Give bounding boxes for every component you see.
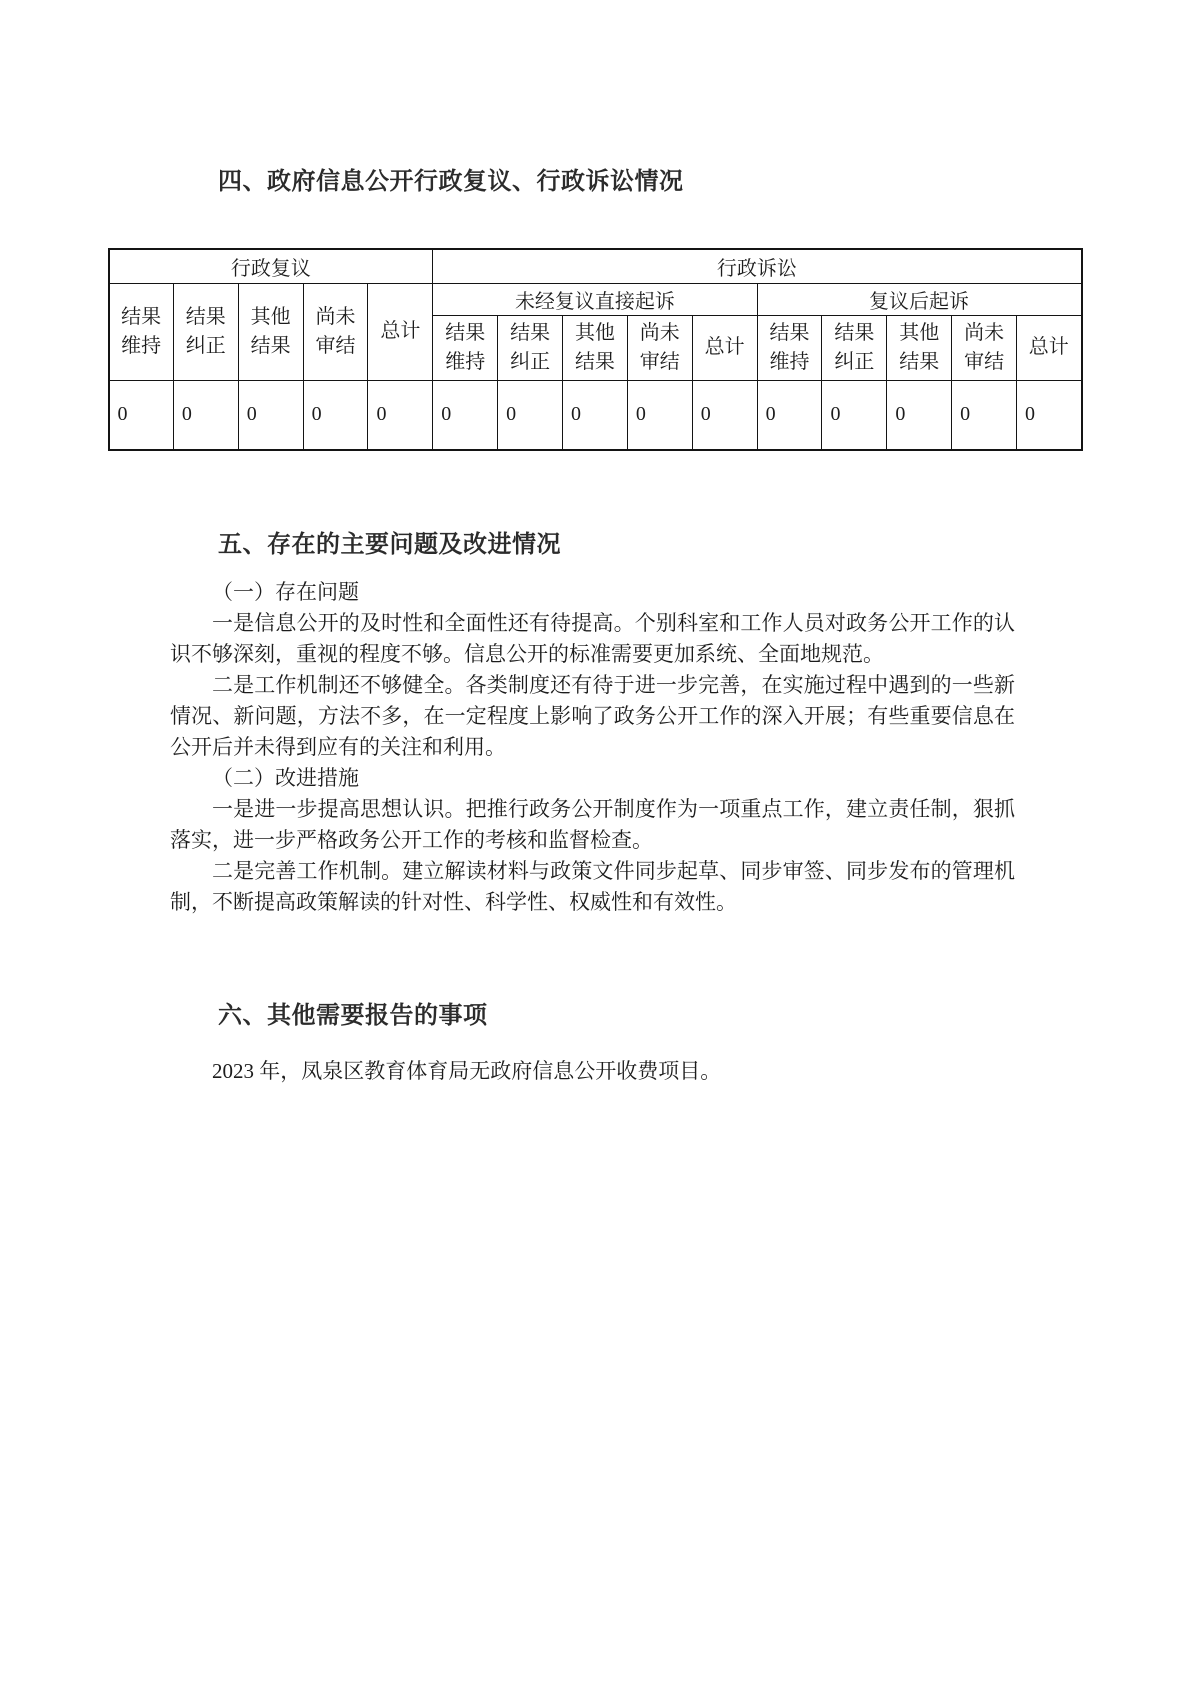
after-col-header: 结果 纠正 (822, 315, 887, 380)
after-col-header: 尚未 审结 (952, 315, 1017, 380)
direct-col-header: 总计 (692, 315, 757, 380)
after-col-header: 总计 (1017, 315, 1082, 380)
after-value-cell: 0 (757, 380, 822, 450)
direct-col-header: 尚未 审结 (627, 315, 692, 380)
report-page: 四、政府信息公开行政复议、行政诉讼情况 行政复议 行政诉讼 结果 维持 结果 纠… (0, 166, 1190, 1087)
improvement-paragraph-1: 一是进一步提高思想认识。把推行政务公开制度作为一项重点工作，建立责任制，狠抓落实… (170, 794, 1015, 856)
review-col-header: 尚未 审结 (303, 283, 368, 380)
section-5-heading: 五、存在的主要问题及改进情况 (170, 529, 1015, 561)
direct-value-cell: 0 (627, 380, 692, 450)
after-value-cell: 0 (1017, 380, 1082, 450)
direct-col-header: 结果 纠正 (498, 315, 563, 380)
section-5-body: （一）存在问题 一是信息公开的及时性和全面性还有待提高。个别科室和工作人员对政务… (170, 577, 1015, 918)
review-value-cell: 0 (368, 380, 433, 450)
improvement-paragraph-2: 二是完善工作机制。建立解读材料与政策文件同步起草、同步审签、同步发布的管理机制，… (170, 856, 1015, 918)
review-col-header: 其他 结果 (238, 283, 303, 380)
review-group-header: 行政复议 (109, 249, 433, 283)
direct-value-cell: 0 (692, 380, 757, 450)
table-value-row: 0 0 0 0 0 0 0 0 0 0 0 0 0 0 0 (109, 380, 1082, 450)
review-col-header: 结果 维持 (109, 283, 174, 380)
section-6-heading: 六、其他需要报告的事项 (170, 1000, 1015, 1032)
after-col-header: 结果 维持 (757, 315, 822, 380)
review-col-header: 结果 纠正 (173, 283, 238, 380)
problem-paragraph-1: 一是信息公开的及时性和全面性还有待提高。个别科室和工作人员对政务公开工作的认识不… (170, 608, 1015, 670)
litigation-group-header: 行政诉讼 (433, 249, 1082, 283)
problem-paragraph-2: 二是工作机制还不够健全。各类制度还有待于进一步完善，在实施过程中遇到的一些新情况… (170, 670, 1015, 763)
review-value-cell: 0 (238, 380, 303, 450)
after-col-header: 其他 结果 (887, 315, 952, 380)
direct-col-header: 结果 维持 (433, 315, 498, 380)
section-6-body: 2023 年，凤泉区教育体育局无政府信息公开收费项目。 (170, 1056, 1015, 1087)
table-subgroup-header-row: 结果 维持 结果 纠正 其他 结果 尚未 审结 总计 未经复议直接起诉 复议后起… (109, 283, 1082, 315)
after-value-cell: 0 (822, 380, 887, 450)
direct-lawsuit-subheader: 未经复议直接起诉 (433, 283, 757, 315)
after-value-cell: 0 (952, 380, 1017, 450)
review-value-cell: 0 (173, 380, 238, 450)
after-review-lawsuit-subheader: 复议后起诉 (757, 283, 1081, 315)
table-group-header-row: 行政复议 行政诉讼 (109, 249, 1082, 283)
fees-statement-paragraph: 2023 年，凤泉区教育体育局无政府信息公开收费项目。 (170, 1056, 1015, 1087)
review-value-cell: 0 (109, 380, 174, 450)
section-4-heading: 四、政府信息公开行政复议、行政诉讼情况 (170, 166, 1015, 198)
direct-value-cell: 0 (433, 380, 498, 450)
review-col-header: 总计 (368, 283, 433, 380)
subsection-2-title: （二）改进措施 (170, 763, 1015, 794)
subsection-1-title: （一）存在问题 (170, 577, 1015, 608)
admin-review-litigation-table: 行政复议 行政诉讼 结果 维持 结果 纠正 其他 结果 尚未 审结 总计 未经复… (108, 248, 1083, 451)
direct-col-header: 其他 结果 (563, 315, 628, 380)
after-value-cell: 0 (887, 380, 952, 450)
direct-value-cell: 0 (563, 380, 628, 450)
review-value-cell: 0 (303, 380, 368, 450)
direct-value-cell: 0 (498, 380, 563, 450)
